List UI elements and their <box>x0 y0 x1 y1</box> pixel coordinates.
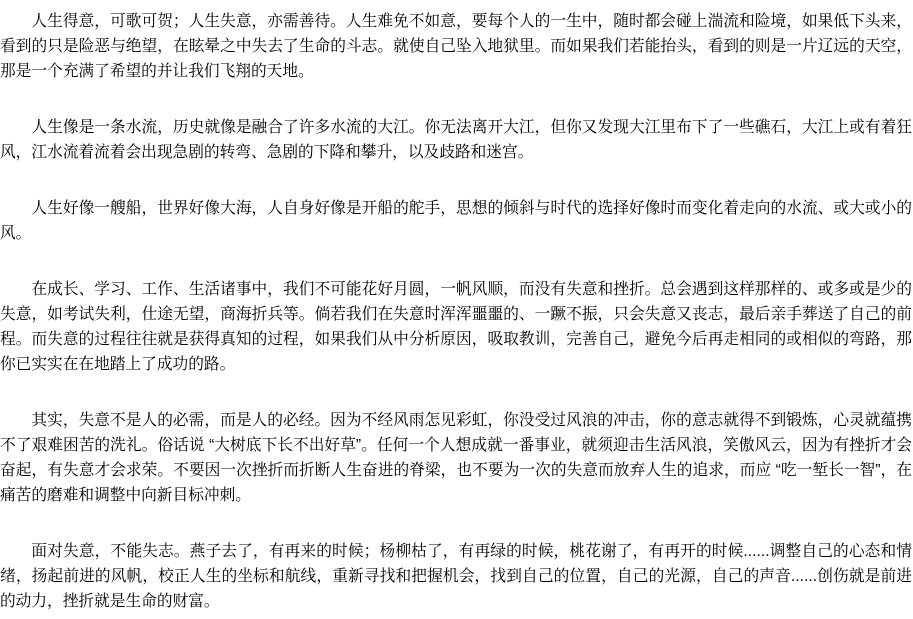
essay-paragraph-5: 其实，失意不是人的必需，而是人的必经。因为不经风雨怎见彩虹，你没受过风浪的冲击，… <box>0 408 912 508</box>
essay-paragraph-6: 面对失意，不能失志。燕子去了，有再来的时候；杨柳枯了，有再绿的时候，桃花谢了，有… <box>0 539 912 614</box>
essay-paragraph-4: 在成长、学习、工作、生活诸事中，我们不可能花好月圆，一帆风顺，而没有失意和挫折。… <box>0 277 912 377</box>
essay-document-page: 人生得意，可歌可贺；人生失意，亦需善待。人生难免不如意，要每个人的一生中，随时都… <box>0 0 913 619</box>
essay-paragraph-2: 人生像是一条水流，历史就像是融合了许多水流的大江。你无法离开大江，但你又发现大江… <box>0 115 912 165</box>
essay-paragraph-3: 人生好像一艘船，世界好像大海，人自身好像是开船的舵手，思想的倾斜与时代的选择好像… <box>0 196 912 246</box>
essay-paragraph-1: 人生得意，可歌可贺；人生失意，亦需善待。人生难免不如意，要每个人的一生中，随时都… <box>0 9 912 84</box>
